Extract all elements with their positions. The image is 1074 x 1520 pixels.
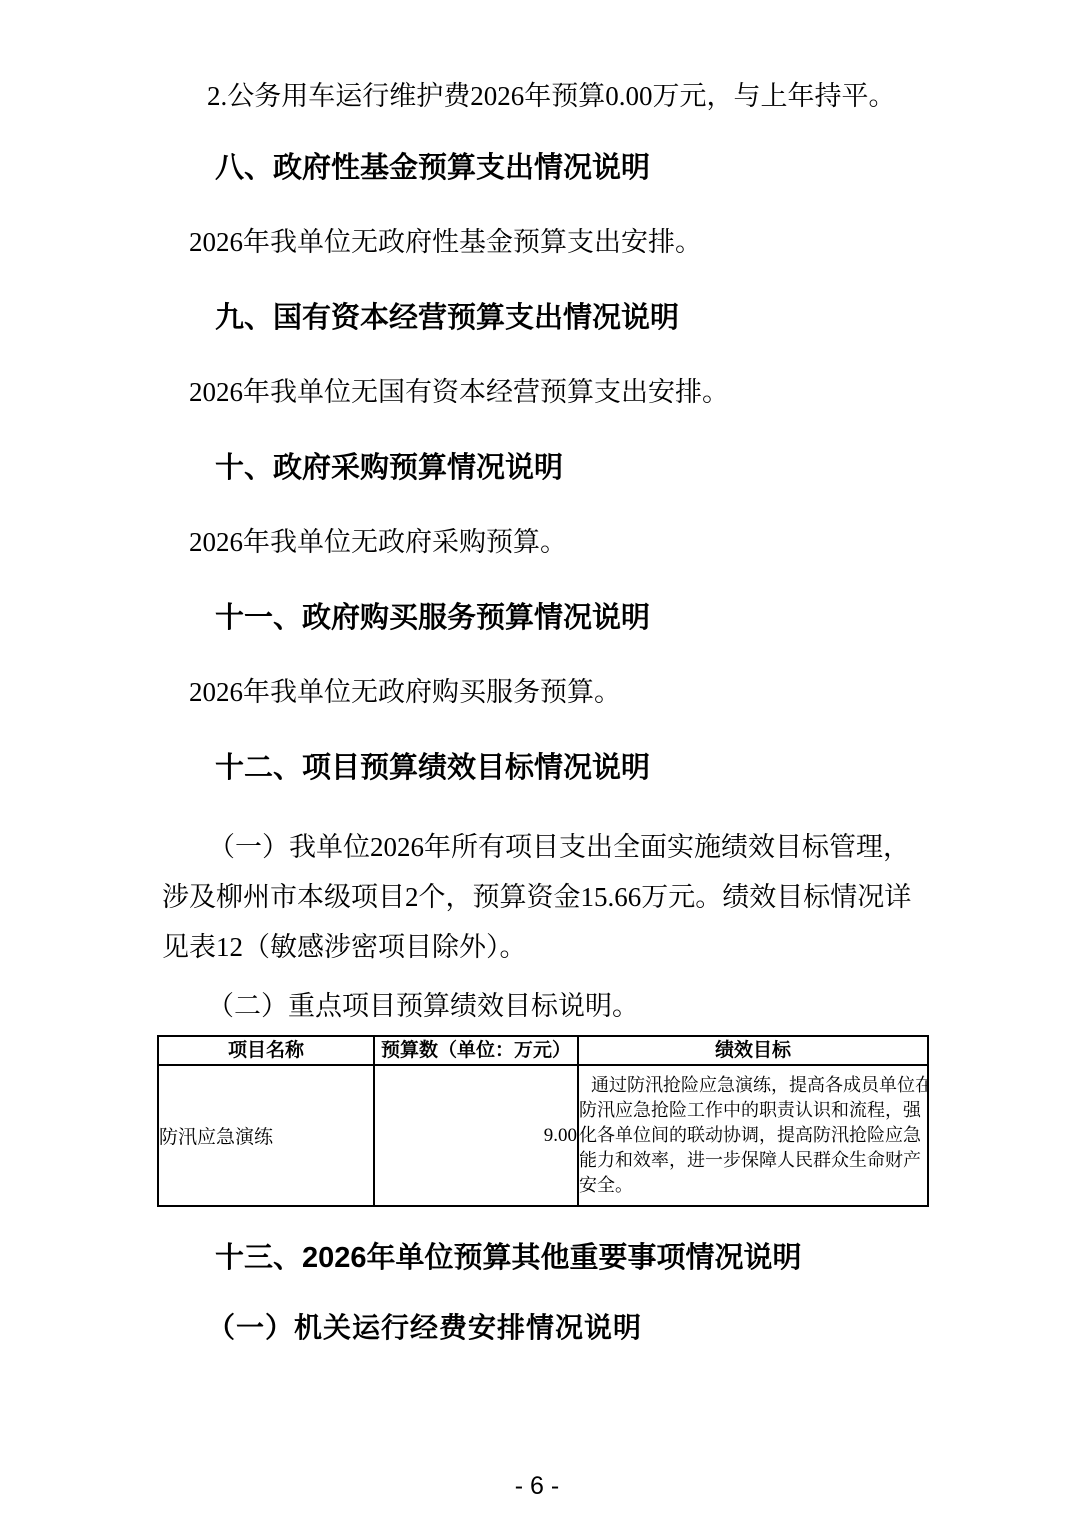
table-header-budget: 预算数（单位：万元） <box>374 1036 578 1065</box>
table-row: 防汛应急演练 9.00 通过防汛抢险应急演练，提高各成员单位在 防汛应急抢险工作… <box>158 1065 928 1206</box>
section-heading-11: 十一、政府购买服务预算情况说明 <box>215 601 650 635</box>
table-header-project-name: 项目名称 <box>158 1036 374 1065</box>
section-heading-12: 十二、项目预算绩效目标情况说明 <box>215 751 650 785</box>
paragraph-line: （一）我单位2026年所有项目支出全面实施绩效目标管理， <box>162 822 930 872</box>
budget-cell: 9.00 <box>374 1065 578 1206</box>
target-line: 防汛应急抢险工作中的职责认识和流程，强 <box>579 1098 927 1123</box>
section-paragraph-11: 2026年我单位无政府购买服务预算。 <box>189 676 621 708</box>
target-line: 通过防汛抢险应急演练，提高各成员单位在 <box>579 1073 927 1098</box>
section-heading-9: 九、国有资本经营预算支出情况说明 <box>215 301 679 335</box>
project-name-cell: 防汛应急演练 <box>158 1065 374 1206</box>
table-header-row: 项目名称 预算数（单位：万元） 绩效目标 <box>158 1036 928 1065</box>
table-header-performance-target: 绩效目标 <box>578 1036 928 1065</box>
section-subheading-13-1: （一）机关运行经费安排情况说明 <box>207 1312 642 1346</box>
section-paragraph-12-2: （二）重点项目预算绩效目标说明。 <box>207 990 639 1022</box>
section-paragraph-10: 2026年我单位无政府采购预算。 <box>189 526 567 558</box>
performance-target-table: 项目名称 预算数（单位：万元） 绩效目标 防汛应急演练 9.00 通过防汛抢险应… <box>157 1035 929 1207</box>
section-paragraph-8: 2026年我单位无政府性基金预算支出安排。 <box>189 226 702 258</box>
section-heading-10: 十、政府采购预算情况说明 <box>215 451 563 485</box>
target-line: 能力和效率，进一步保障人民群众生命财产 <box>579 1148 927 1173</box>
page-number: - 6 - <box>0 1472 1074 1501</box>
target-line: 化各单位间的联动协调，提高防汛抢险应急 <box>579 1123 927 1148</box>
paragraph-vehicle-cost: 2.公务用车运行维护费2026年预算0.00万元，与上年持平。 <box>207 80 896 112</box>
paragraph-line: 见表12（敏感涉密项目除外）。 <box>162 922 930 972</box>
section-paragraph-12-1: （一）我单位2026年所有项目支出全面实施绩效目标管理， 涉及柳州市本级项目2个… <box>162 822 930 972</box>
section-heading-8: 八、政府性基金预算支出情况说明 <box>215 151 650 185</box>
section-heading-13: 十三、2026年单位预算其他重要事项情况说明 <box>215 1241 802 1275</box>
target-line: 安全。 <box>579 1173 927 1198</box>
section-paragraph-9: 2026年我单位无国有资本经营预算支出安排。 <box>189 376 729 408</box>
performance-target-cell: 通过防汛抢险应急演练，提高各成员单位在 防汛应急抢险工作中的职责认识和流程，强 … <box>578 1065 928 1206</box>
document-page: 2.公务用车运行维护费2026年预算0.00万元，与上年持平。 八、政府性基金预… <box>0 0 1074 1520</box>
paragraph-line: 涉及柳州市本级项目2个，预算资金15.66万元。绩效目标情况详 <box>162 872 930 922</box>
